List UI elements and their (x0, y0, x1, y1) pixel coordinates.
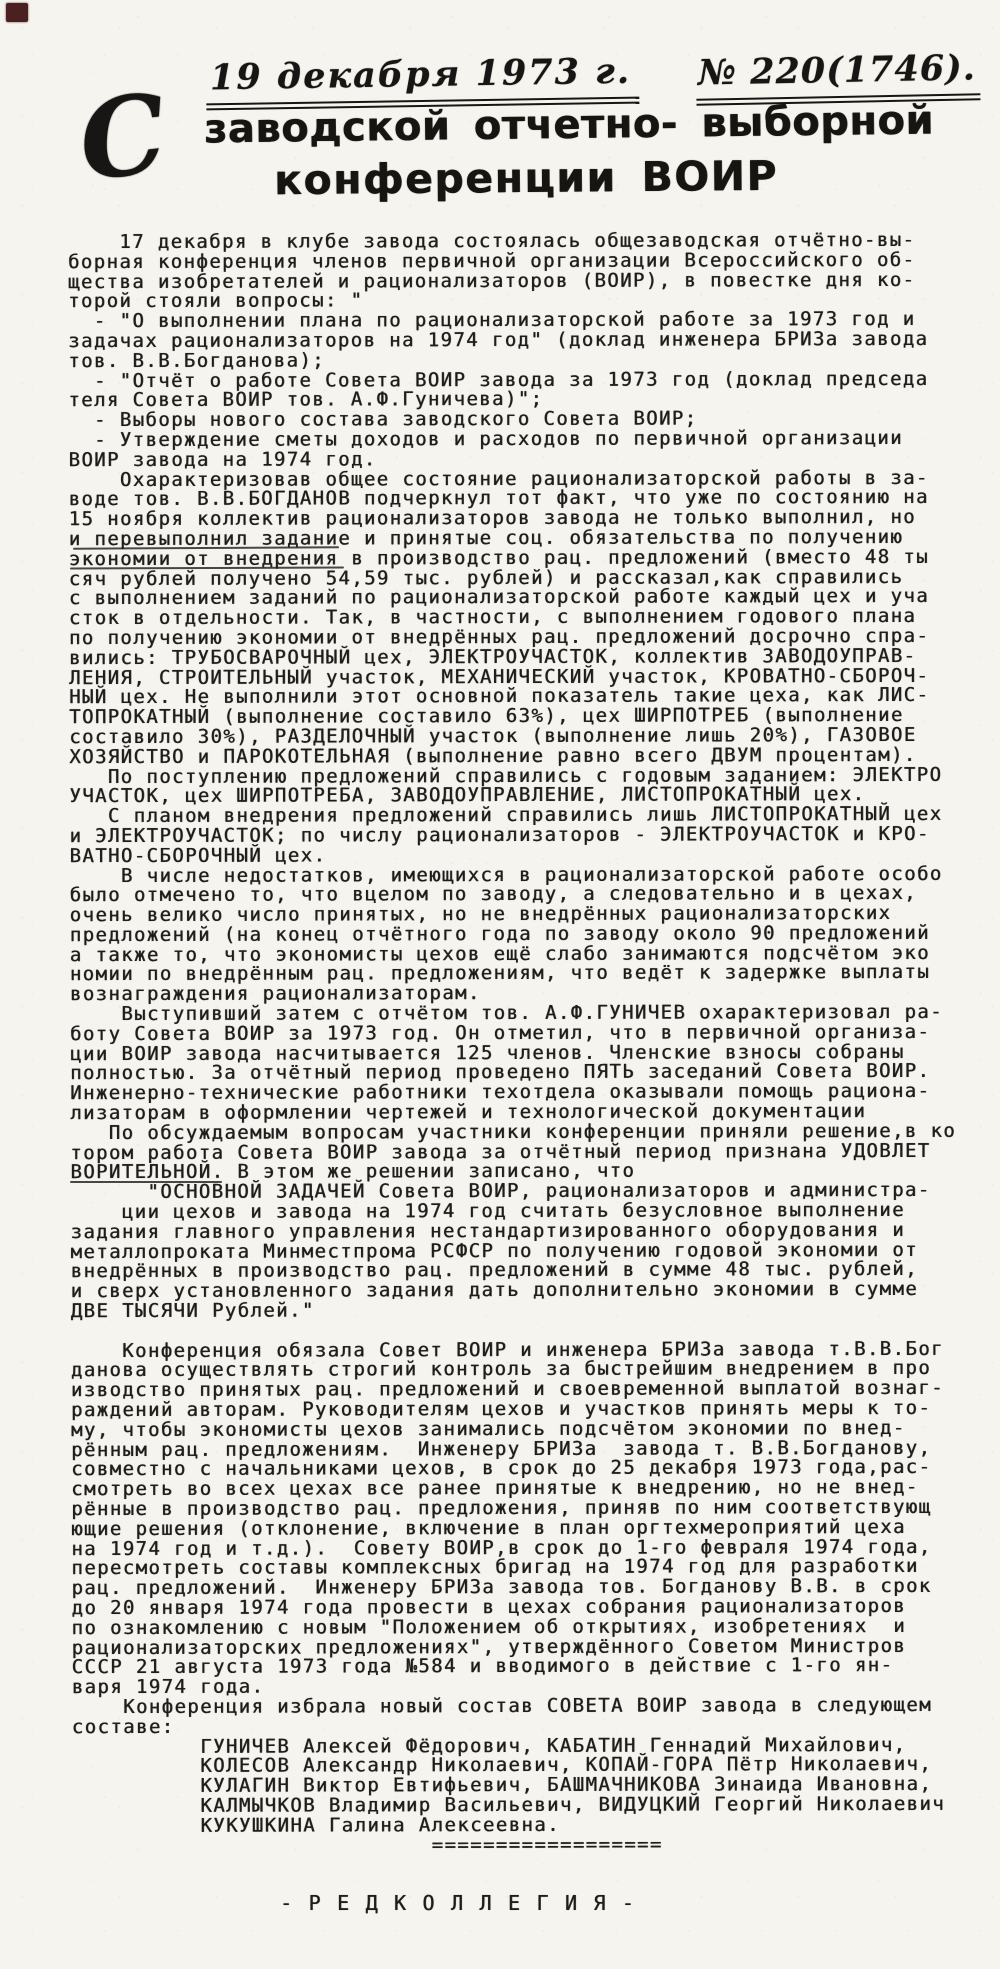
headline-line2: конференции ВОИР (274, 152, 778, 204)
drop-cap-letter: С (74, 79, 172, 197)
body-text: 17 декабря в клубе завода состоялась общ… (68, 231, 958, 1857)
hand-underline-satisfactory (70, 1181, 222, 1183)
headline-line1: заводской отчетно- выборной (204, 98, 934, 153)
handwritten-issue-number: № 220(1746). (696, 47, 981, 105)
editorial-signature: - Р Е Д К О Л Л Е Г И Я - (280, 1894, 636, 1914)
scanned-bulletin-page: 19 декабря 1973 г. № 220(1746). С заводс… (0, 0, 1000, 1969)
corner-ink-mark (6, 3, 28, 22)
